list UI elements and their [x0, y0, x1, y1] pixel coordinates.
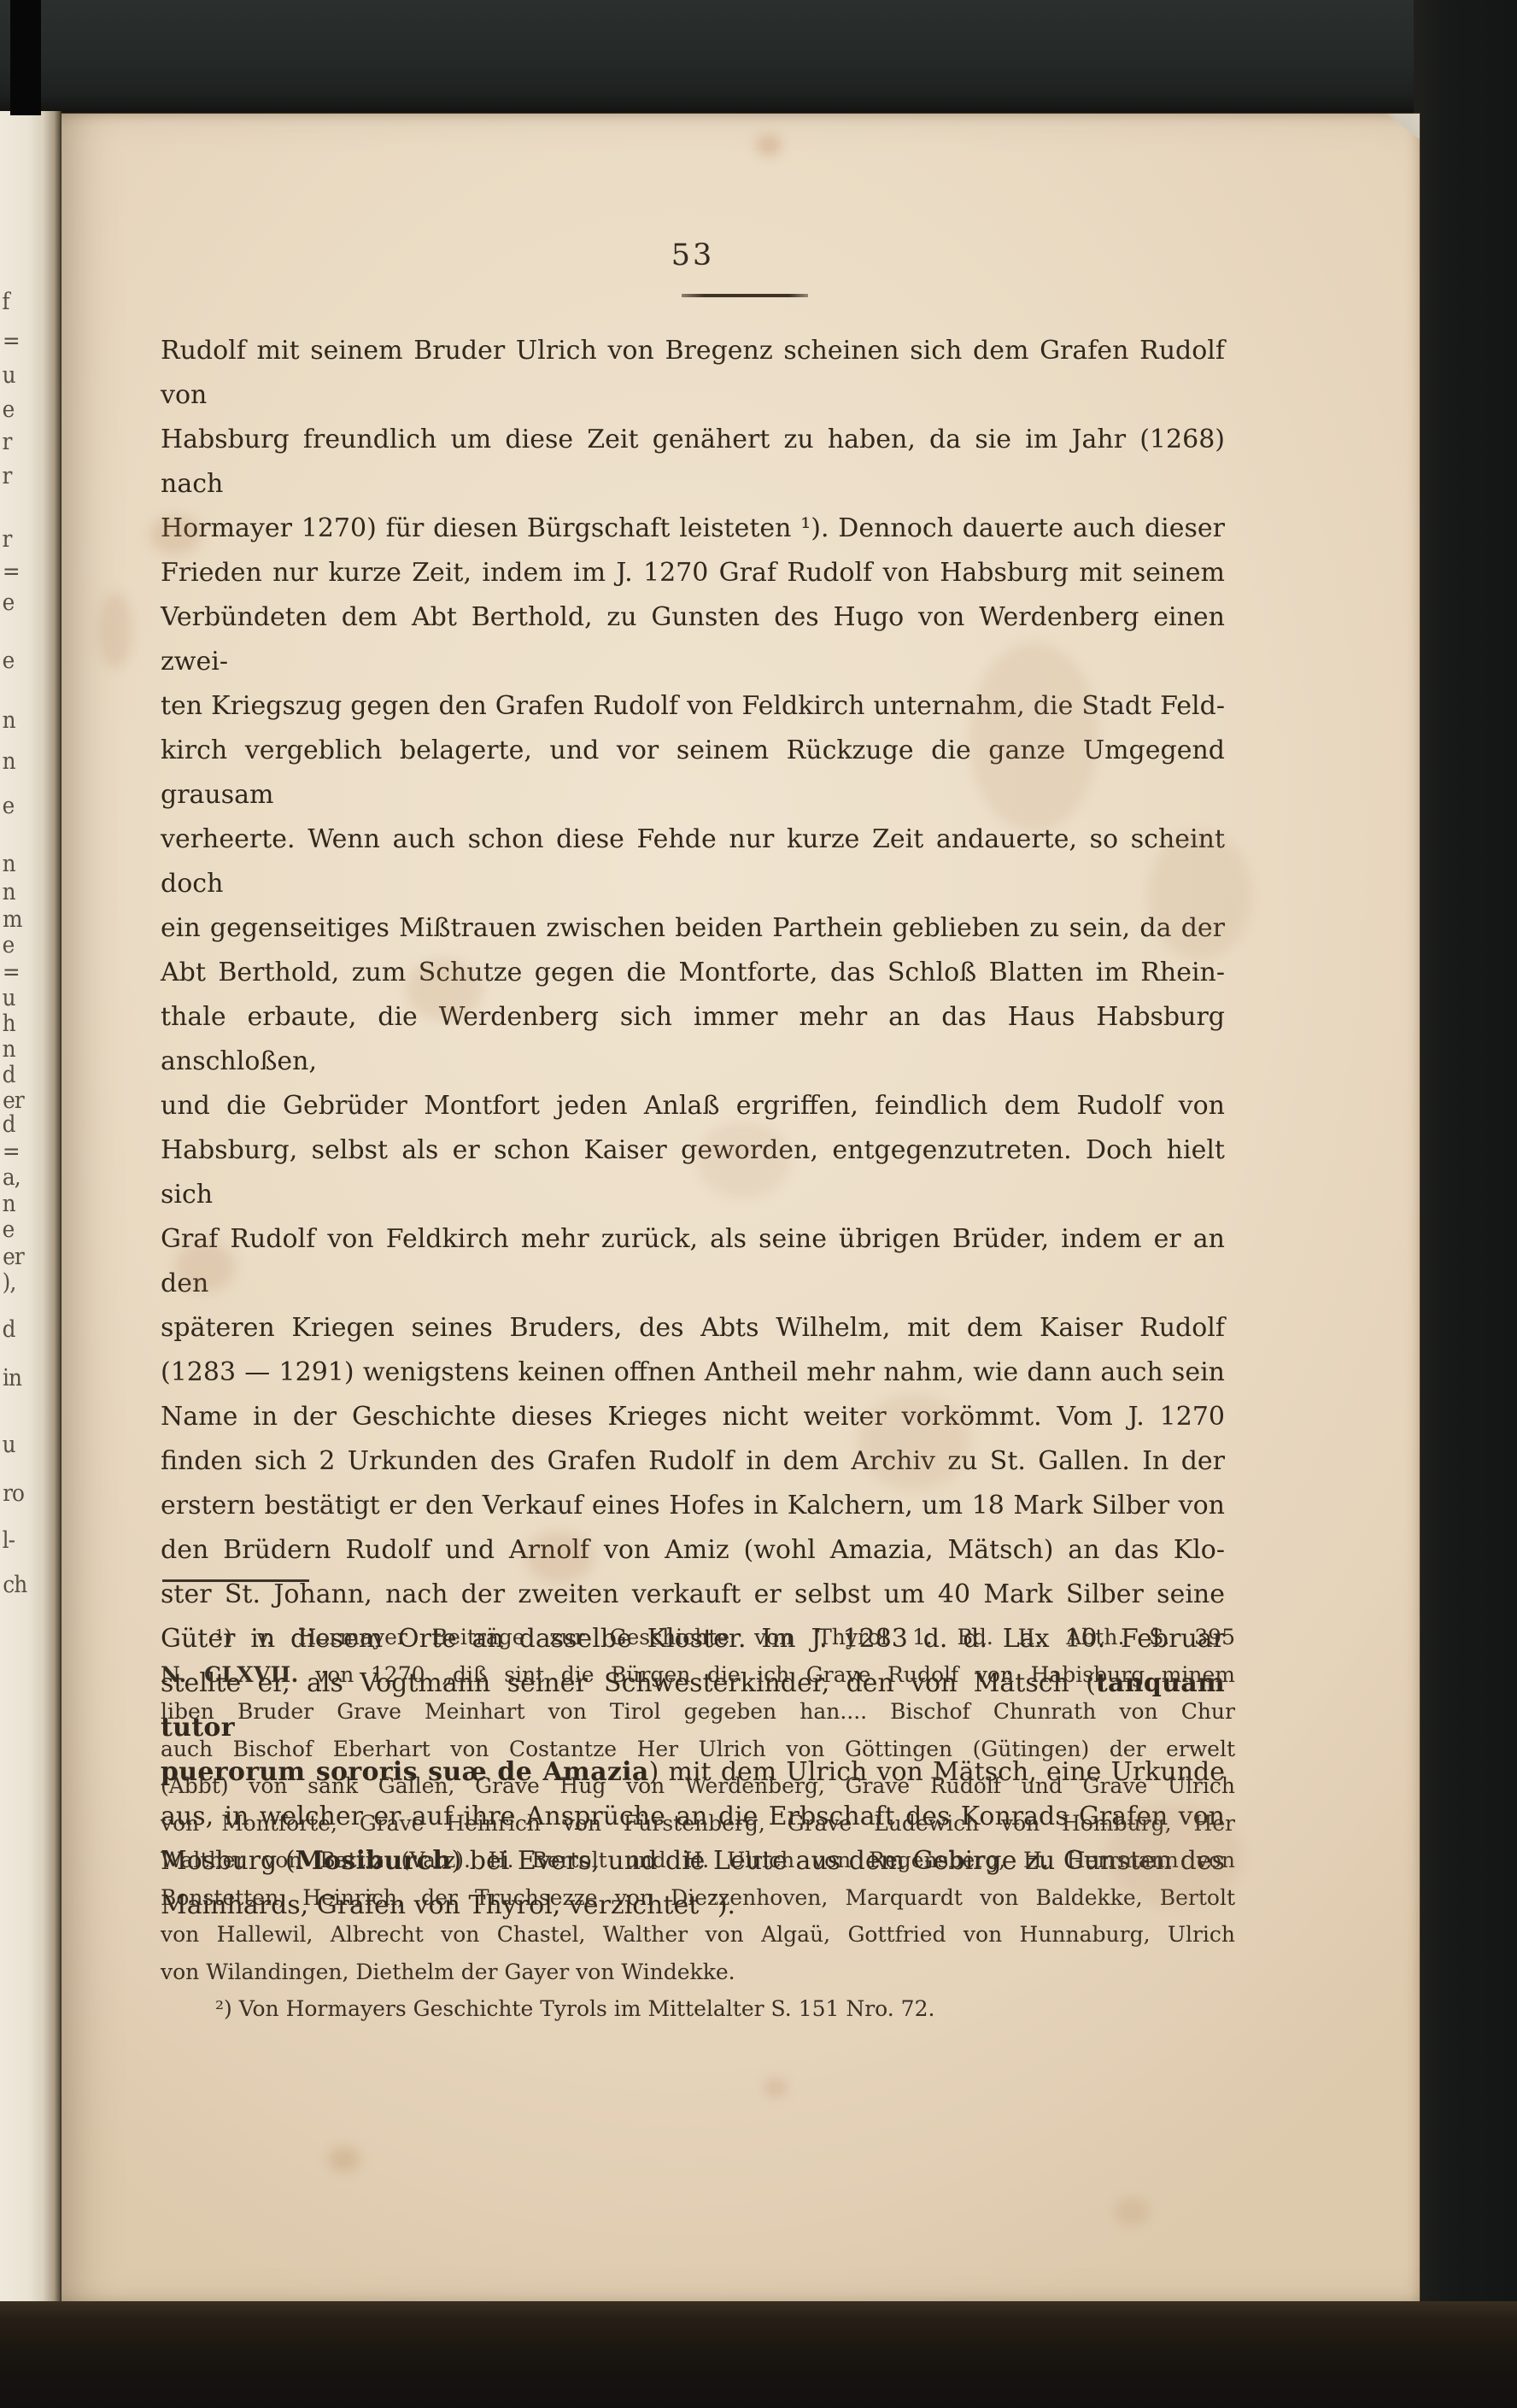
footnote-line: ¹) v. Hormayer Beiträge zur Geschichte v… — [161, 1619, 1235, 1656]
footnote-line: Walther von Battiz (Vatz). H. Bertolt un… — [161, 1842, 1235, 1879]
gutter-text-fragment: ro — [3, 1482, 24, 1505]
footnote-line: von Hallewil, Albrecht von Chastel, Walt… — [161, 1916, 1235, 1954]
page-number: 53 — [161, 238, 1225, 272]
paper-stain — [756, 135, 782, 155]
gutter-text-fragment: n — [3, 750, 15, 773]
text-line: ten Kriegszug gegen den Grafen Rudolf vo… — [161, 684, 1225, 729]
page-number-rule — [682, 294, 808, 297]
gutter-text-fragment: d — [3, 1318, 15, 1341]
gutter-text-fragment: = — [3, 560, 20, 583]
text-line: thale erbaute, die Werdenberg sich immer… — [161, 995, 1225, 1084]
gutter-text-fragment: h — [3, 1012, 15, 1035]
gutter-text-fragment: er — [3, 1245, 24, 1268]
scan-background-top — [0, 0, 1517, 117]
gutter-text-fragment: = — [3, 961, 20, 984]
text-line: Frieden nur kurze Zeit, indem im J. 1270… — [161, 551, 1225, 595]
gutter-text-fragment: l- — [3, 1529, 15, 1552]
text-line: finden sich 2 Urkunden des Grafen Rudolf… — [161, 1439, 1225, 1484]
gutter-text-fragment: n — [3, 852, 15, 876]
gutter-text-fragment: ), — [3, 1271, 16, 1294]
paper-stain — [1115, 2198, 1149, 2225]
gutter-text-fragment: e — [3, 398, 15, 421]
text-line: Rudolf mit seinem Bruder Ulrich von Breg… — [161, 329, 1225, 418]
facing-page-edge: f=uerrr=eennennme=uhnderd=a,neer),dinuro… — [0, 111, 61, 2308]
gutter-gap — [10, 0, 41, 115]
footnote-line: liben Bruder Grave Meinhart von Tirol ge… — [161, 1693, 1235, 1731]
gutter-text-fragment: e — [3, 591, 15, 614]
footnote-line: Bonstetten, Heinrich, der Truchsezze von… — [161, 1879, 1235, 1917]
footnote-line: ²) Von Hormayers Geschichte Tyrols im Mi… — [161, 1990, 1235, 2028]
paper-stain — [98, 592, 132, 669]
gutter-text-fragment: e — [3, 649, 15, 672]
footnote-line: N. CLXVII. von 1270 „diß sint die Bürgen… — [161, 1656, 1235, 1694]
paper-stain — [329, 2147, 360, 2172]
text-line: ein gegenseitiges Mißtrauen zwischen bei… — [161, 906, 1225, 951]
footnote-line: (Abbt) von sank Gallen, Grave Hug von We… — [161, 1767, 1235, 1805]
gutter-text-fragment: e — [3, 1218, 15, 1241]
gutter-text-fragment: ch — [3, 1573, 26, 1597]
gutter-text-fragment: r — [2, 431, 11, 454]
gutter-text-fragment: r — [2, 465, 11, 488]
gutter-text-fragment: f — [2, 290, 9, 313]
text-line: und die Gebrüder Montfort jeden Anlaß er… — [161, 1084, 1225, 1128]
footnotes-block: ¹) v. Hormayer Beiträge zur Geschichte v… — [161, 1619, 1235, 2028]
text-line: Abt Berthold, zum Schutze gegen die Mont… — [161, 951, 1225, 995]
gutter-text-fragment: u — [3, 364, 15, 387]
gutter-text-fragment: u — [3, 1433, 15, 1456]
text-line: Graf Rudolf von Feldkirch mehr zurück, a… — [161, 1217, 1225, 1306]
gutter-text-fragment: d — [3, 1113, 15, 1136]
gutter-text-fragment: = — [3, 330, 20, 353]
gutter-text-fragment: = — [3, 1140, 20, 1163]
gutter-text-fragment: m — [3, 908, 22, 931]
footnote-line: von Montforte, Grave Heinrich von Fürste… — [161, 1805, 1235, 1843]
text-line: Verbündeten dem Abt Berthold, zu Gunsten… — [161, 595, 1225, 684]
gutter-text-fragment: e — [3, 934, 15, 957]
book-scan: 53 Rudolf mit seinem Bruder Ulrich von B… — [0, 0, 1517, 2408]
text-line: Habsburg, selbst als er schon Kaiser gew… — [161, 1128, 1225, 1217]
text-line: kirch vergeblich belagerte, und vor sein… — [161, 729, 1225, 817]
text-line: ster St. Johann, nach der zweiten verkau… — [161, 1573, 1225, 1617]
text-line: verheerte. Wenn auch schon diese Fehde n… — [161, 817, 1225, 906]
text-line: Habsburg freundlich um diese Zeit genähe… — [161, 418, 1225, 507]
text-line: Name in der Geschichte dieses Krieges ni… — [161, 1395, 1225, 1439]
text-line: späteren Kriegen seines Bruders, des Abt… — [161, 1306, 1225, 1350]
text-line: den Brüdern Rudolf und Arnolf von Amiz (… — [161, 1528, 1225, 1573]
gutter-text-fragment: r — [2, 528, 11, 551]
page-corner-fold — [1385, 114, 1420, 139]
text-line: (1283 — 1291) wenigstens keinen offnen A… — [161, 1350, 1225, 1395]
book-page: 53 Rudolf mit seinem Bruder Ulrich von B… — [47, 114, 1420, 2305]
gutter-text-fragment: d — [3, 1063, 15, 1087]
gutter-text-fragment: n — [3, 709, 15, 732]
text-line: erstern bestätigt er den Verkauf eines H… — [161, 1484, 1225, 1528]
footnote-separator-rule — [162, 1579, 309, 1582]
gutter-text-fragment: e — [3, 794, 15, 817]
gutter-text-fragment: in — [3, 1367, 21, 1390]
gutter-text-fragment: n — [3, 1192, 15, 1216]
footnote-line: auch Bischof Eberhart von Costantze Her … — [161, 1731, 1235, 1768]
gutter-text-fragment: er — [3, 1089, 24, 1112]
scan-background-bottom — [0, 2301, 1517, 2408]
scan-background-right — [1414, 0, 1517, 2408]
footnote-line: von Wilandingen, Diethelm der Gayer von … — [161, 1954, 1235, 1991]
gutter-text-fragment: n — [3, 1038, 15, 1061]
text-line: Hormayer 1270) für diesen Bürgschaft lei… — [161, 507, 1225, 551]
gutter-text-fragment: a, — [3, 1166, 20, 1189]
gutter-text-fragment: u — [3, 987, 15, 1010]
paper-stain — [764, 2078, 787, 2097]
gutter-text-fragment: n — [3, 881, 15, 904]
